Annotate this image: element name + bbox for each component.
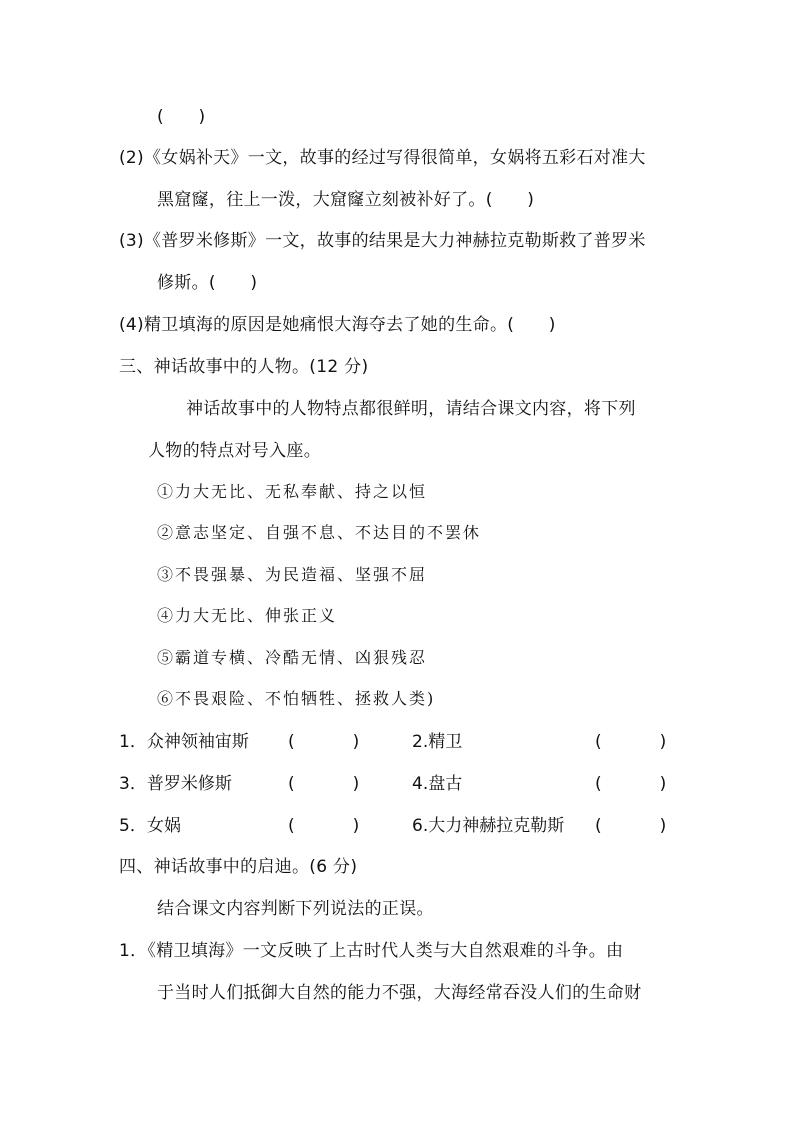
trait-option-4: ④力大无比、伸张正义 [157, 606, 337, 626]
section-4-question-1-line-1: 1．《精卫填海》一文反映了上古时代人类与大自然艰难的斗争。由 [119, 941, 623, 961]
question-2-line-1: (2)《女娲补天》一文，故事的经过写得很简单，女娲将五彩石对准大 [119, 148, 646, 168]
match-item-6-label: 6.大力神赫拉克勒斯 [412, 816, 564, 836]
answer-blank[interactable]: ( ) [157, 107, 205, 127]
trait-option-2: ②意志坚定、自强不息、不达目的不罢休 [157, 523, 481, 543]
section-4-instruction: 结合课文内容判断下列说法的正误。 [157, 899, 434, 919]
match-item-6-blank[interactable]: ( ) [595, 816, 674, 836]
question-3-line-1: (3)《普罗米修斯》一文，故事的结果是大力神赫拉克勒斯救了普罗米 [119, 231, 646, 251]
question-2-line-2: 黑窟窿，往上一泼，大窟窿立刻被补好了。( ) [157, 190, 534, 210]
match-item-4-label: 4.盘古 [412, 774, 462, 794]
match-item-2-label: 2.精卫 [412, 732, 462, 752]
section-4-heading: 四、神话故事中的启迪。(6 分) [119, 857, 357, 877]
trait-option-6: ⑥不畏艰险、不怕牺牲、拯救人类) [157, 689, 435, 709]
trait-option-3: ③不畏强暴、为民造福、坚强不屈 [157, 565, 427, 585]
match-item-2-blank[interactable]: ( ) [595, 732, 674, 752]
match-item-5-label: 5．女娲 [119, 816, 181, 836]
question-3-line-2: 修斯。( ) [157, 273, 257, 293]
section-3-heading: 三、神话故事中的人物。(12 分) [119, 357, 368, 377]
section-3-instruction-line-1: 神话故事中的人物特点都很鲜明，请结合课文内容，将下列 [186, 399, 636, 419]
trait-option-5: ⑤霸道专横、冷酷无情、凶狠残忍 [157, 648, 427, 668]
question-4-line-1: (4)精卫填海的原因是她痛恨大海夺去了她的生命。( ) [119, 315, 556, 335]
section-4-question-1-line-2: 于当时人们抵御大自然的能力不强，大海经常吞没人们的生命财 [157, 983, 641, 1003]
match-item-5-blank[interactable]: ( ) [288, 816, 367, 836]
match-item-1-label: 1．众神领袖宙斯 [119, 732, 249, 752]
match-item-4-blank[interactable]: ( ) [595, 774, 674, 794]
match-item-3-label: 3．普罗米修斯 [119, 774, 232, 794]
trait-option-1: ①力大无比、无私奉献、持之以恒 [157, 482, 427, 502]
match-item-1-blank[interactable]: ( ) [288, 732, 367, 752]
section-3-instruction-line-2: 人物的特点对号入座。 [148, 441, 321, 461]
match-item-3-blank[interactable]: ( ) [288, 774, 367, 794]
